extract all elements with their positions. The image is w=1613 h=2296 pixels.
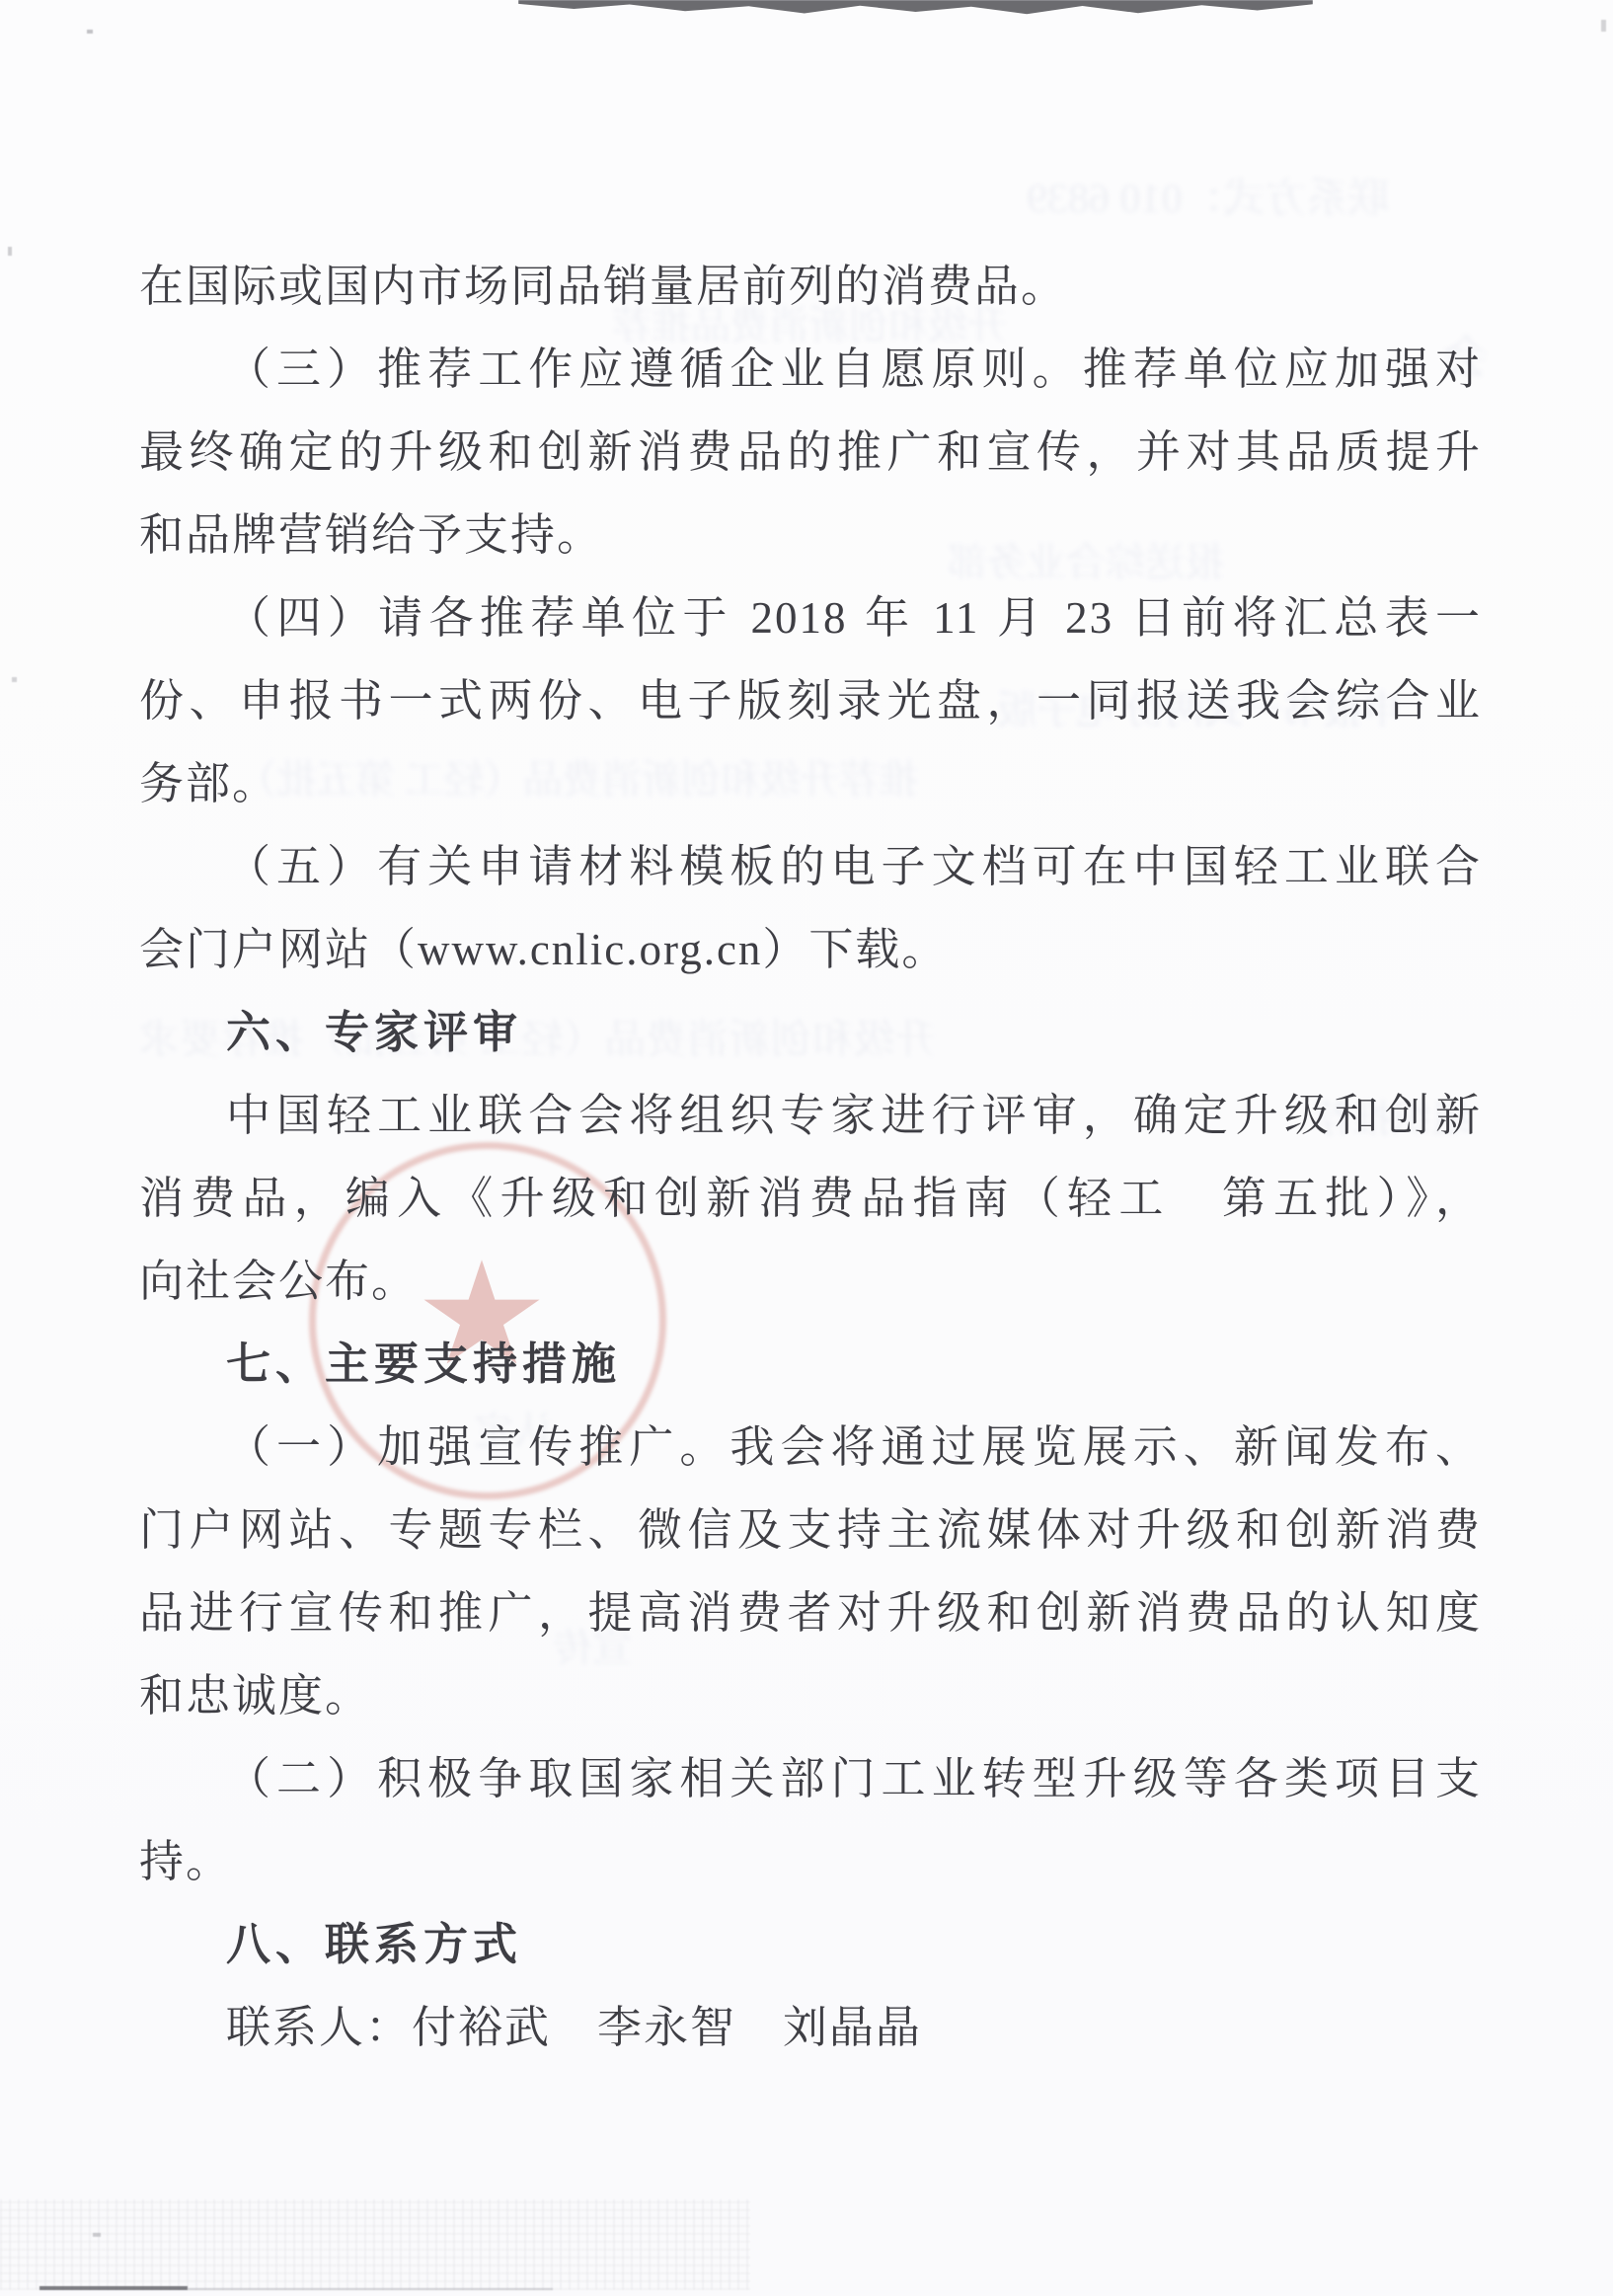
text-line: 在国际或国内市场同品销量居前列的消费品。	[139, 245, 1482, 328]
text-line: 八、联系方式	[139, 1903, 1482, 1986]
text-line: 最终确定的升级和创新消费品的推广和宣传，并对其品质提升	[139, 411, 1482, 494]
text-line: 联系人：付裕武 李永智 刘晶晶	[139, 1986, 1482, 2069]
text-line: 持。	[139, 1820, 1482, 1903]
text-line: 和品牌营销给予支持。	[139, 494, 1482, 576]
scan-artifact-bottom-line	[39, 2286, 188, 2290]
bleedthrough-ghost-text: 联系方式：010 6839	[1027, 166, 1390, 225]
scanned-document-page: 联系方式：010 6839升级和创新消费品推荐会报送综合业务部申报书一式两份 电…	[0, 0, 1613, 2296]
scan-speck	[8, 247, 12, 256]
document-text: 在国际或国内市场同品销量居前列的消费品。（三）推荐工作应遵循企业自愿原则。推荐单…	[139, 245, 1482, 2069]
scan-noise-bottom-left	[0, 2199, 750, 2290]
text-line: 六、专家评审	[139, 991, 1482, 1074]
text-line: 向社会公布。	[139, 1240, 1482, 1323]
text-line: 务部。	[139, 742, 1482, 825]
text-line: 七、主要支持措施	[139, 1323, 1482, 1406]
scan-artifact-bottom-line-faint	[188, 2288, 553, 2290]
text-line: （五）有关申请材料模板的电子文档可在中国轻工业联合	[139, 825, 1482, 908]
text-line: 和忠诚度。	[139, 1654, 1482, 1737]
text-line: 门户网站、专题专栏、微信及支持主流媒体对升级和创新消费	[139, 1489, 1482, 1571]
text-line: （二）积极争取国家相关部门工业转型升级等各类项目支	[139, 1737, 1482, 1820]
scan-speck	[12, 677, 17, 682]
text-line: （四）请各推荐单位于 2018 年 11 月 23 日前将汇总表一	[139, 576, 1482, 659]
text-line: 份、申报书一式两份、电子版刻录光盘，一同报送我会综合业	[139, 659, 1482, 742]
text-line: （三）推荐工作应遵循企业自愿原则。推荐单位应加强对	[139, 328, 1482, 411]
scan-speck	[1601, 20, 1606, 32]
text-line: 品进行宣传和推广，提高消费者对升级和创新消费品的认知度	[139, 1571, 1482, 1654]
text-line: 会门户网站（www.cnlic.org.cn）下载。	[139, 908, 1482, 991]
scan-speck	[87, 30, 93, 34]
scan-speck	[93, 2233, 101, 2237]
text-line: （一）加强宣传推广。我会将通过展览展示、新闻发布、	[139, 1406, 1482, 1489]
text-line: 中国轻工业联合会将组织专家进行评审，确定升级和创新	[139, 1074, 1482, 1157]
text-line: 消费品，编入《升级和创新消费品指南（轻工 第五批）》，	[139, 1157, 1482, 1240]
